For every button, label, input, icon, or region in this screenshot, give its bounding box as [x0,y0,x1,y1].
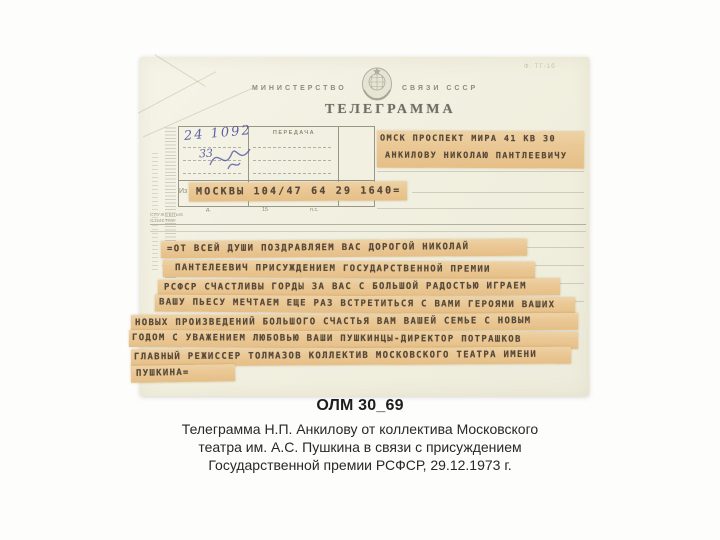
ministry-label-right: СВЯЗИ СССР [402,85,478,92]
telegram-form-title: ТЕЛЕГРАММА [325,102,429,118]
service-note: СЛУЖЕБНЫЕ ОТМЕТКИ [150,212,184,223]
slide-canvas: МИНИСТЕРСТВО СВЯЗИ СССР Ф. ТГ-1б ТЕЛЕГРА… [0,0,720,540]
ruled-line [377,171,584,172]
origin-tape-strip: МОСКВЫ 104/47 64 29 1640= [189,181,407,201]
margin-fine-print [152,150,158,270]
form-tick: 15 [262,207,268,213]
form-field-line [253,173,333,174]
caption-line: театра им. А.С. Пушкина в связи с присуж… [0,439,720,455]
ruled-line [377,208,584,209]
caption-line: Телеграмма Н.П. Анкилову от коллектива М… [0,421,720,437]
telegram-body-line: ПАНТЕЛЕЕВИЧ ПРИСУЖДЕНИЕМ ГОСУДАРСТВЕННОЙ… [163,260,535,279]
ruled-line [150,224,586,225]
service-note-line: ОТМЕТКИ [150,218,184,224]
address-tape-strip: ОМСК ПРОСПЕКТ МИРА 41 КВ 30 АНКИЛОВУ НИК… [377,131,584,169]
form-code-label: Ф. ТГ-1б [524,64,556,70]
ussr-coat-of-arms-icon [358,64,396,105]
ruled-line [150,231,586,232]
exhibit-id-title: ОЛМ 30_69 [0,397,720,415]
form-tick: д. [206,207,211,213]
caption-line: Государственной премии РСФСР, 29.12.1973… [0,457,720,473]
form-field-line [253,147,333,148]
handwritten-scribble [206,139,254,177]
address-line: ОМСК ПРОСПЕКТ МИРА 41 КВ 30 [377,131,584,149]
telegram-body-line: ПУШКИНА= [131,364,235,383]
form-field-line [253,160,333,161]
service-note-line: СЛУЖЕБНЫЕ [150,212,184,218]
transfer-label: ПЕРЕДАЧА [253,130,335,136]
telegram-body-line: НОВЫХ ПРОИЗВЕДЕНИЙ БОЛЬШОГО СЧАСТЬЯ ВАМ … [131,313,578,332]
telegram-body-line: =ОТ ВСЕЙ ДУШИ ПОЗДРАВЛЯЕМ ВАС ДОРОГОЙ НИ… [161,239,527,259]
telegram-body-line: РСФСР СЧАСТЛИВЫ ГОРДЫ ЗА ВАС С БОЛЬШОЙ Р… [158,278,560,296]
telegram-body-line: ГЛАВНЫЙ РЕЖИССЕР ТОЛМАЗОВ КОЛЛЕКТИВ МОСК… [131,347,571,367]
ministry-label-left: МИНИСТЕРСТВО [252,85,347,92]
telegram-body-line: ВАШУ ПЬЕСУ МЕЧТАЕМ ЕЩЕ РАЗ ВСТРЕТИТЬСЯ С… [155,295,575,315]
address-line: АНКИЛОВУ НИКОЛАЮ ПАНТЛЕЕВИЧУ [377,148,584,166]
ruled-line [412,192,584,193]
form-tick: п.с. [310,207,319,213]
origin-prefix-label: Из [179,188,187,195]
